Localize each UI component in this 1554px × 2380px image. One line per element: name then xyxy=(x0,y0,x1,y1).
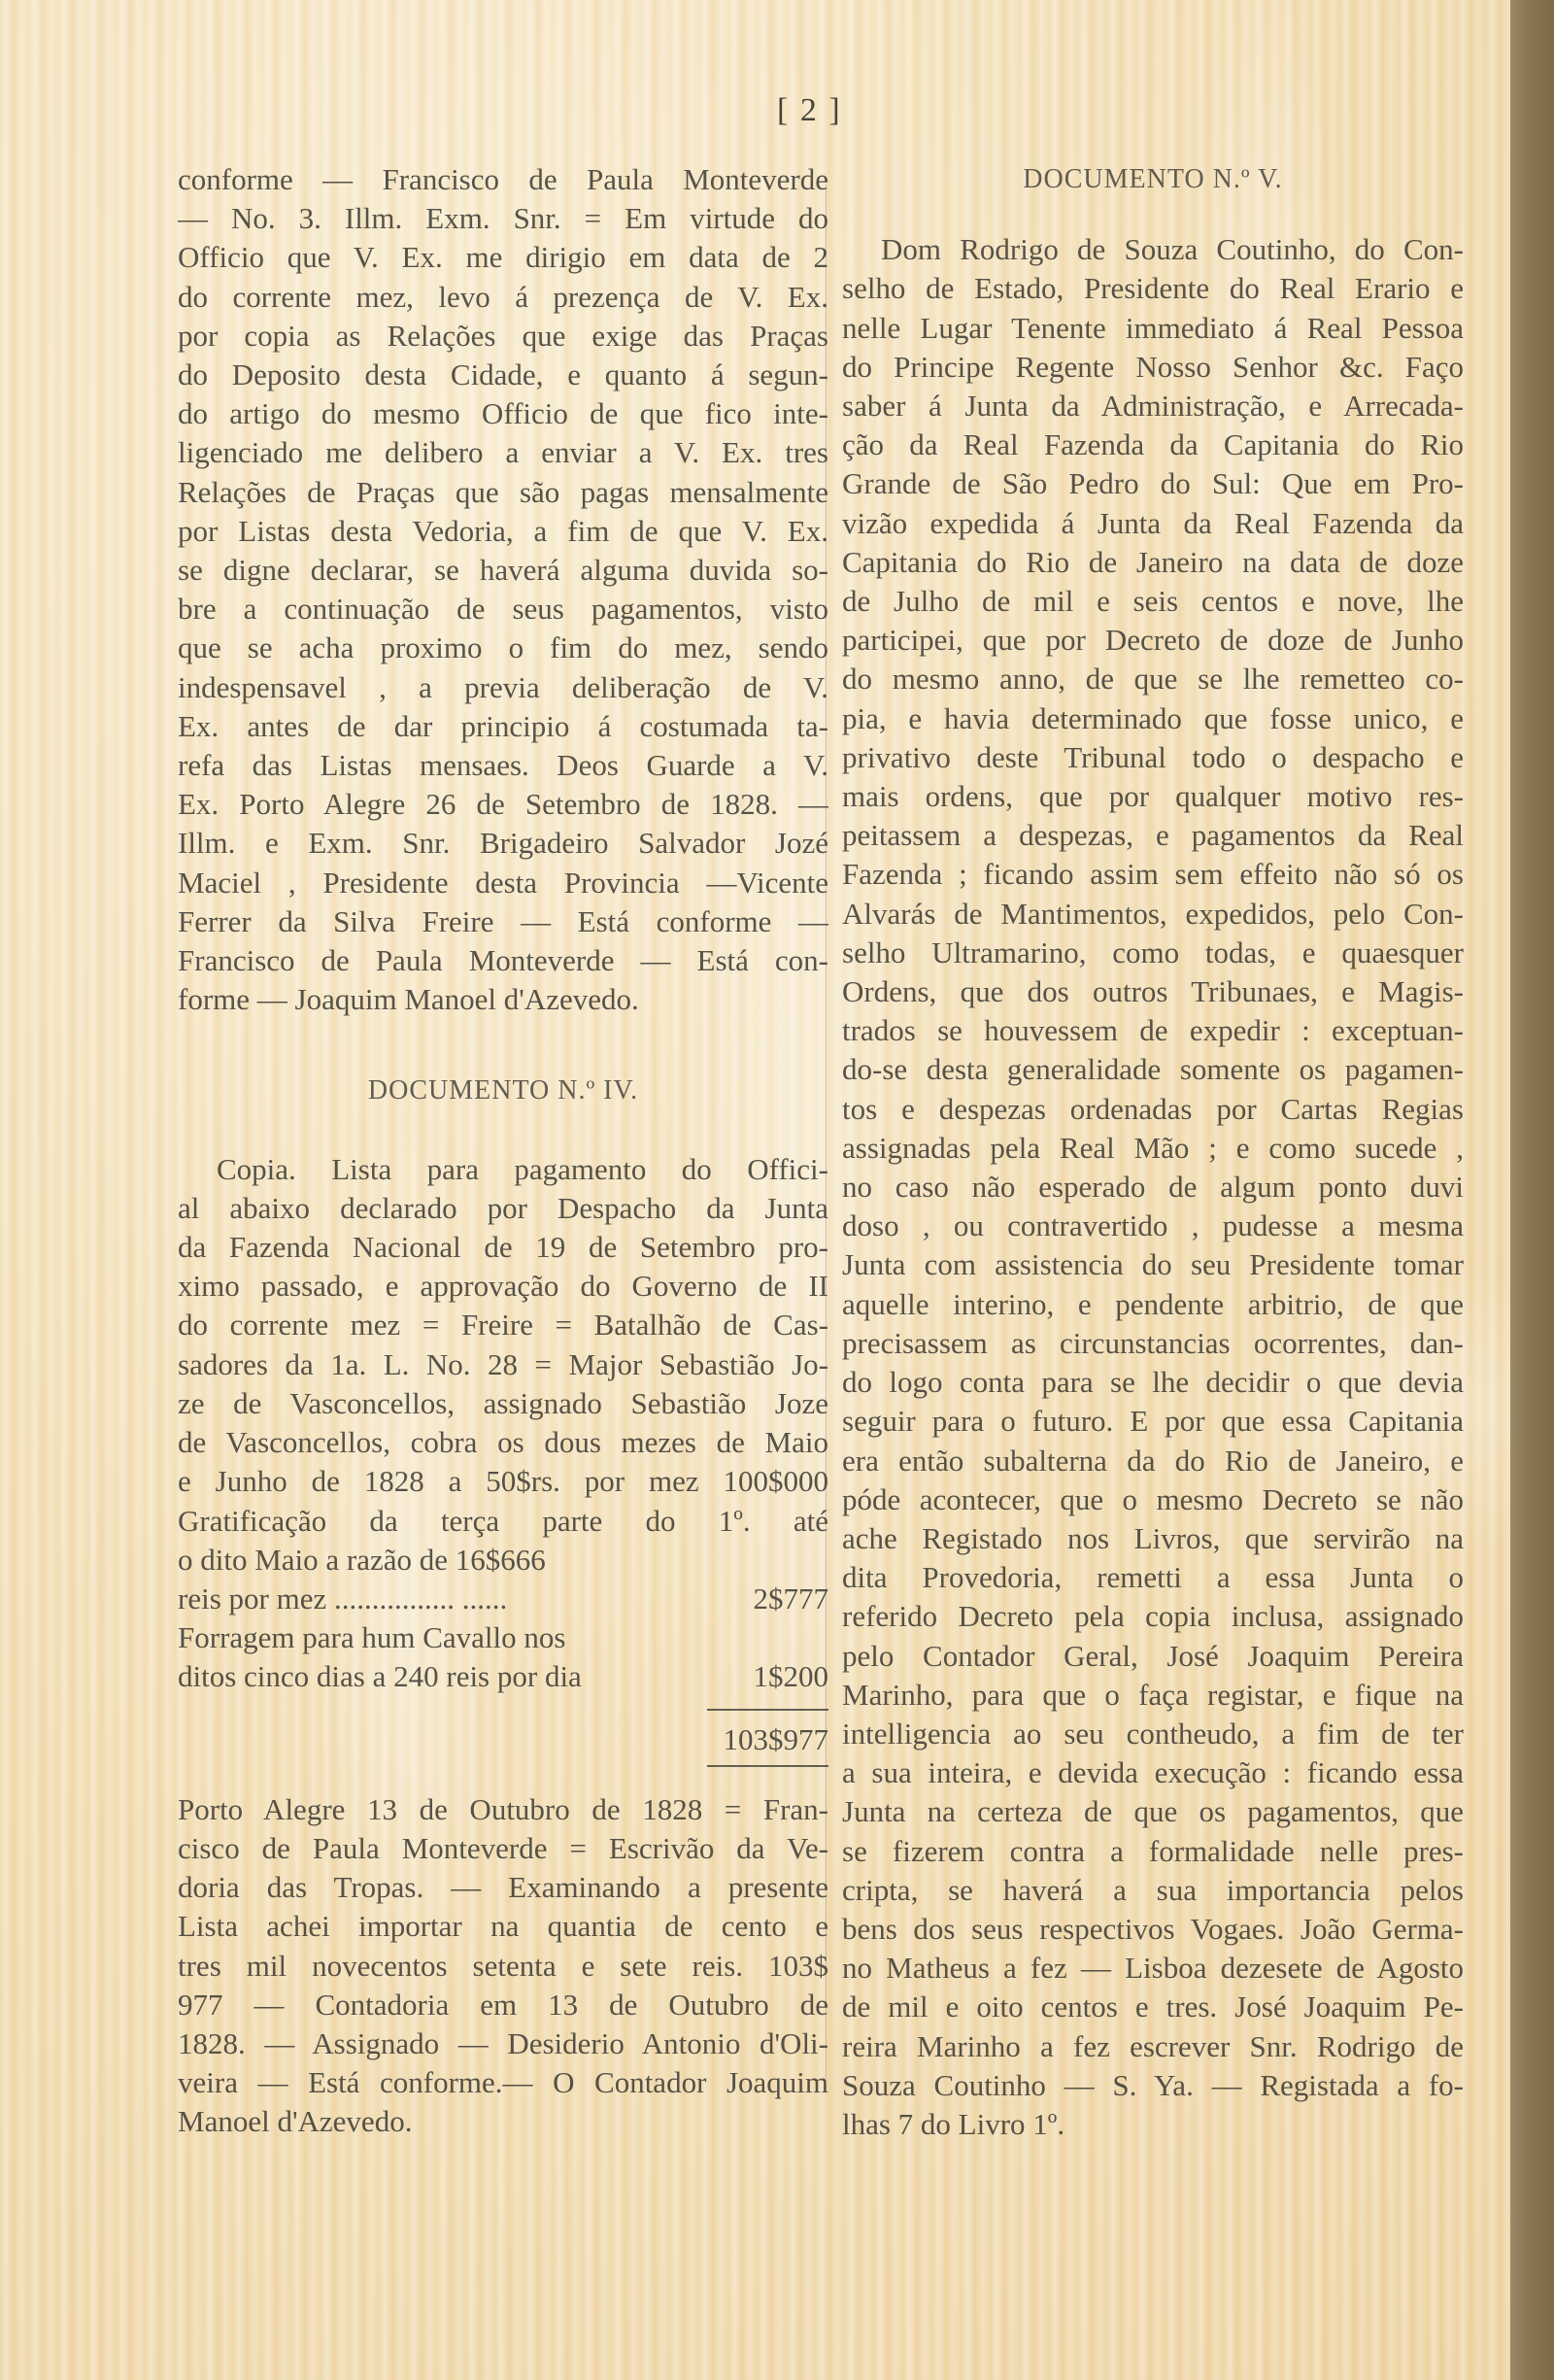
text-line: seguir para o futuro. E por que essa Cap… xyxy=(842,1402,1464,1441)
text-line: refa das Listas mensaes. Deos Guarde a V… xyxy=(178,746,828,785)
text-line: — No. 3. Illm. Exm. Snr. = Em virtude do xyxy=(178,199,828,238)
text-line: de Vasconcellos, cobra os dous mezes de … xyxy=(178,1423,828,1462)
text-line: intelligencia ao seu contheudo, a fim de… xyxy=(842,1715,1464,1753)
document-iv-intro: Copia. Lista para pagamento do Offici-al… xyxy=(178,1150,828,1580)
text-line: cripta, se haverá a sua importancia pelo… xyxy=(842,1871,1464,1910)
right-column: DOCUMENTO N.º V. Dom Rodrigo de Souza Co… xyxy=(842,160,1464,2144)
line-item-value: 1$200 xyxy=(693,1657,828,1696)
line-item-row: Forragem para hum Cavallo nos xyxy=(178,1618,828,1657)
text-line: Souza Coutinho — S. Ya. — Registada a fo… xyxy=(842,2066,1464,2105)
total-underline xyxy=(707,1765,828,1767)
text-line: peitassem a despezas, e pagamentos da Re… xyxy=(842,816,1464,855)
continuation-text: conforme — Francisco de Paula Monteverde… xyxy=(178,160,828,1019)
text-line: Junta na certeza de que os pagamentos, q… xyxy=(842,1792,1464,1831)
text-line: dita Provedoria, remetti a essa Junta o xyxy=(842,1558,1464,1597)
text-line: referido Decreto pela copia inclusa, ass… xyxy=(842,1597,1464,1636)
text-line: 977 — Contadoria em 13 de Outubro de xyxy=(178,1986,828,2024)
text-line: tres mil novecentos setenta e sete reis.… xyxy=(178,1947,828,1986)
column-divider xyxy=(826,185,827,2079)
text-line: sadores da 1a. L. No. 28 = Major Sebasti… xyxy=(178,1345,828,1384)
text-line: lhas 7 do Livro 1º. xyxy=(842,2105,1464,2144)
text-line: pia, e havia determinado que fosse unico… xyxy=(842,699,1464,738)
text-line: póde acontecer, que o mesmo Decreto se n… xyxy=(842,1480,1464,1519)
text-line: ze de Vasconcellos, assignado Sebastião … xyxy=(178,1384,828,1423)
total-amount: 103$977 xyxy=(178,1720,828,1759)
document-page: [ 2 ] conforme — Francisco de Paula Mont… xyxy=(0,0,1510,2380)
text-line: al abaixo declarado por Despacho da Junt… xyxy=(178,1189,828,1228)
text-line: Junta com assistencia do seu Presidente … xyxy=(842,1245,1464,1284)
text-line: aquelle interino, e pendente arbitrio, d… xyxy=(842,1285,1464,1324)
line-item-value: 2$777 xyxy=(693,1580,828,1618)
text-line: mais ordens, que por qualquer motivo res… xyxy=(842,777,1464,816)
book-binding-edge xyxy=(1510,0,1554,2380)
text-line: ligenciado me delibero a enviar a V. Ex.… xyxy=(178,433,828,472)
text-line: indespensavel , a previa deliberação de … xyxy=(178,668,828,707)
text-line: o dito Maio a razão de 16$666 xyxy=(178,1541,828,1580)
text-line: conforme — Francisco de Paula Monteverde xyxy=(178,160,828,199)
text-line: Officio que V. Ex. me dirigio em data de… xyxy=(178,238,828,277)
text-line: por Listas desta Vedoria, a fim de que V… xyxy=(178,512,828,551)
text-line: reira Marinho a fez escrever Snr. Rodrig… xyxy=(842,2027,1464,2066)
text-line: bre a continuação de seus pagamentos, vi… xyxy=(178,590,828,629)
text-line: Manoel d'Azevedo. xyxy=(178,2102,828,2141)
text-line: de Julho de mil e seis centos e nove, lh… xyxy=(842,582,1464,621)
document-v-heading: DOCUMENTO N.º V. xyxy=(842,160,1464,199)
text-line: era então subalterna da do Rio de Janeir… xyxy=(842,1442,1464,1480)
text-line: Maciel , Presidente desta Provincia —Vic… xyxy=(178,864,828,902)
text-line: do artigo do mesmo Officio de que fico i… xyxy=(178,394,828,433)
line-item-label: reis por mez ................ ...... xyxy=(178,1580,507,1618)
text-line: se fizerem contra a formalidade nelle pr… xyxy=(842,1832,1464,1871)
text-line: Francisco de Paula Monteverde — Está con… xyxy=(178,941,828,980)
text-line: do logo conta para se lhe decidir o que … xyxy=(842,1363,1464,1402)
text-line: do-se desta generalidade somente os paga… xyxy=(842,1050,1464,1089)
text-line: Ex. Porto Alegre 26 de Setembro de 1828.… xyxy=(178,785,828,824)
line-item-label: Forragem para hum Cavallo nos xyxy=(178,1618,565,1657)
text-line: Lista achei importar na quantia de cento… xyxy=(178,1907,828,1946)
line-item-row: ditos cinco dias a 240 reis por dia1$200 xyxy=(178,1657,828,1696)
text-line: 1828. — Assignado — Desiderio Antonio d'… xyxy=(178,2024,828,2063)
text-line: Capitania do Rio de Janeiro na data de d… xyxy=(842,543,1464,582)
text-line: trados se houvessem de expedir : exceptu… xyxy=(842,1011,1464,1050)
text-line: ximo passado, e approvação do Governo de… xyxy=(178,1267,828,1306)
text-line: que se acha proximo o fim do mez, sendo xyxy=(178,629,828,667)
text-line: vizão expedida á Junta da Real Fazenda d… xyxy=(842,504,1464,543)
text-line: selho Ultramarino, como todas, e quaesqu… xyxy=(842,934,1464,972)
text-line: ache Registado nos Livros, que servirão … xyxy=(842,1519,1464,1558)
text-line: Gratificação da terça parte do 1º. até xyxy=(178,1502,828,1541)
text-line: veira — Está conforme.— O Contador Joaqu… xyxy=(178,2063,828,2102)
text-line: se digne declarar, se haverá alguma duvi… xyxy=(178,551,828,590)
text-line: participei, que por Decreto de doze de J… xyxy=(842,621,1464,660)
text-line: selho de Estado, Presidente do Real Erar… xyxy=(842,269,1464,308)
text-line: Dom Rodrigo de Souza Coutinho, do Con- xyxy=(842,230,1464,269)
text-line: forme — Joaquim Manoel d'Azevedo. xyxy=(178,980,828,1019)
text-line: do Principe Regente Nosso Senhor &c. Faç… xyxy=(842,348,1464,387)
text-line: Ex. antes de dar principio á costumada t… xyxy=(178,707,828,746)
text-line: Marinho, para que o faça registar, e fiq… xyxy=(842,1676,1464,1715)
text-line: Relações de Praças que são pagas mensalm… xyxy=(178,473,828,512)
text-line: bens dos seus respectivos Vogaes. João G… xyxy=(842,1910,1464,1949)
text-line: doso , ou contravertido , pudesse a mesm… xyxy=(842,1207,1464,1245)
text-line: Grande de São Pedro do Sul: Que em Pro- xyxy=(842,464,1464,503)
text-line: do mesmo anno, de que se lhe remetteo co… xyxy=(842,660,1464,698)
text-line: Illm. e Exm. Snr. Brigadeiro Salvador Jo… xyxy=(178,824,828,863)
text-line: Alvarás de Mantimentos, expedidos, pelo … xyxy=(842,895,1464,934)
text-line: Ferrer da Silva Freire — Está conforme — xyxy=(178,902,828,941)
line-item-row: reis por mez ................ ......2$77… xyxy=(178,1580,828,1618)
text-line: doria das Tropas. — Examinando a present… xyxy=(178,1868,828,1907)
text-line: saber á Junta da Administração, e Arreca… xyxy=(842,387,1464,425)
left-column: conforme — Francisco de Paula Monteverde… xyxy=(178,160,828,2142)
text-line: nelle Lugar Tenente immediato á Real Pes… xyxy=(842,309,1464,348)
text-line: do corrente mez = Freire = Batalhão de C… xyxy=(178,1306,828,1344)
document-iv-heading: DOCUMENTO N.º IV. xyxy=(178,1071,828,1110)
text-line: precisassem as circunstancias ocorrentes… xyxy=(842,1324,1464,1363)
text-line: ção da Real Fazenda da Capitania do Rio xyxy=(842,425,1464,464)
text-line: no caso não esperado de algum ponto duvi xyxy=(842,1168,1464,1207)
text-line: do Deposito desta Cidade, e quanto á seg… xyxy=(178,356,828,394)
document-v-body: Dom Rodrigo de Souza Coutinho, do Con-se… xyxy=(842,230,1464,2144)
text-line: Copia. Lista para pagamento do Offici- xyxy=(178,1150,828,1189)
text-line: de mil e oito centos e tres. José Joaqui… xyxy=(842,1988,1464,2026)
page-number: [ 2 ] xyxy=(777,92,842,129)
line-items: reis por mez ................ ......2$77… xyxy=(178,1580,828,1697)
text-line: assignadas pela Real Mão ; e como sucede… xyxy=(842,1129,1464,1168)
text-line: por copia as Relações que exige das Praç… xyxy=(178,317,828,356)
text-line: privativo deste Tribunal todo o despacho… xyxy=(842,738,1464,777)
text-line: Fazenda ; ficando assim sem effeito não … xyxy=(842,855,1464,894)
text-line: a sua inteira, e devida execução : fican… xyxy=(842,1753,1464,1792)
document-iv-closing: Porto Alegre 13 de Outubro de 1828 = Fra… xyxy=(178,1790,828,2142)
sum-rule xyxy=(707,1709,828,1711)
text-line: do corrente mez, levo á prezença de V. E… xyxy=(178,278,828,317)
text-line: Ordens, que dos outros Tribunaes, e Magi… xyxy=(842,972,1464,1011)
line-item-label: ditos cinco dias a 240 reis por dia xyxy=(178,1657,582,1696)
text-line: e Junho de 1828 a 50$rs. por mez 100$000 xyxy=(178,1462,828,1501)
text-line: no Matheus a fez — Lisboa dezesete de Ag… xyxy=(842,1949,1464,1988)
text-line: da Fazenda Nacional de 19 de Setembro pr… xyxy=(178,1228,828,1267)
text-line: Porto Alegre 13 de Outubro de 1828 = Fra… xyxy=(178,1790,828,1829)
text-line: pelo Contador Geral, José Joaquim Pereir… xyxy=(842,1637,1464,1676)
line-item-value xyxy=(693,1618,828,1657)
text-line: cisco de Paula Monteverde = Escrivão da … xyxy=(178,1829,828,1868)
text-line: tos e despezas ordenadas por Cartas Regi… xyxy=(842,1090,1464,1129)
